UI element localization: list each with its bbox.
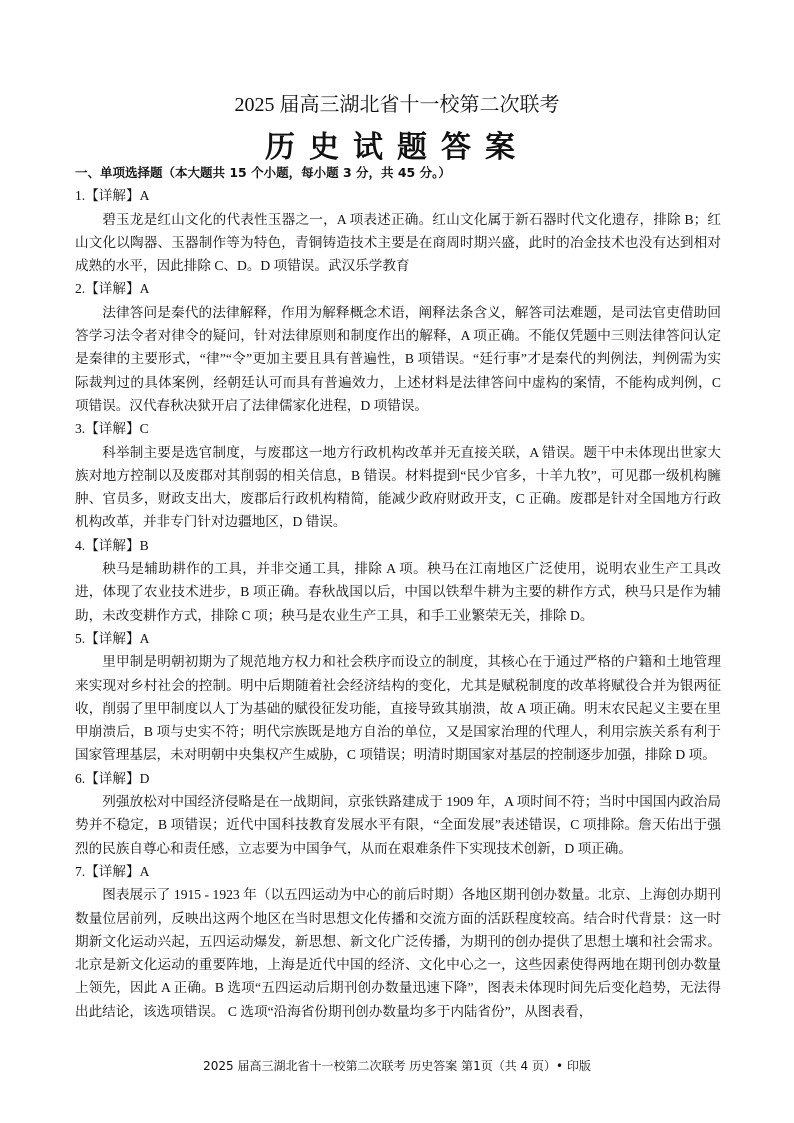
answer-sheet-page: 2025 届高三湖北省十一校第二次联考 历史试题答案 一、单项选择题（本大题共 … xyxy=(0,0,794,1123)
question-head: 4.【详解】B xyxy=(75,534,721,557)
page-title: 历史试题答案 xyxy=(0,122,794,166)
question-4: 4.【详解】B 秧马是辅助耕作的工具，并非交通工具，排除 A 项。秧马在江南地区… xyxy=(75,534,721,627)
answer-content: 一、单项选择题（本大题共 15 个小题，每小题 3 分，共 45 分。） 1.【… xyxy=(75,161,721,1023)
question-head: 1.【详解】A xyxy=(75,184,721,207)
question-2: 2.【详解】A 法律答问是秦代的法律解释，作用为解释概念术语，阐释法条含义，解答… xyxy=(75,277,721,417)
question-explanation: 图表展示了 1915 - 1923 年（以五四运动为中心的前后时期）各地区期刊创… xyxy=(75,883,721,1023)
question-head: 7.【详解】A xyxy=(75,860,721,883)
page-footer: 2025 届高三湖北省十一校第二次联考 历史答案 第1页（共 4 页）• 印版 xyxy=(0,1057,794,1074)
question-explanation: 科举制主要是选官制度，与废郡这一地方行政机构改革并无直接关联，A 错误。题干中未… xyxy=(75,441,721,534)
question-explanation: 里甲制是明朝初期为了规范地方权力和社会秩序而设立的制度，其核心在于通过严格的户籍… xyxy=(75,650,721,766)
question-head: 6.【详解】D xyxy=(75,767,721,790)
question-1: 1.【详解】A 碧玉龙是红山文化的代表性玉器之一，A 项表述正确。红山文化属于新… xyxy=(75,184,721,277)
question-3: 3.【详解】C 科举制主要是选官制度，与废郡这一地方行政机构改革并无直接关联，A… xyxy=(75,417,721,533)
question-7: 7.【详解】A 图表展示了 1915 - 1923 年（以五四运动为中心的前后时… xyxy=(75,860,721,1023)
question-head: 5.【详解】A xyxy=(75,627,721,650)
section-heading: 一、单项选择题（本大题共 15 个小题，每小题 3 分，共 45 分。） xyxy=(75,161,721,184)
question-6: 6.【详解】D 列强放松对中国经济侵略是在一战期间，京张铁路建成于 1909 年… xyxy=(75,767,721,860)
question-explanation: 秧马是辅助耕作的工具，并非交通工具，排除 A 项。秧马在江南地区广泛使用，说明农… xyxy=(75,557,721,627)
question-explanation: 碧玉龙是红山文化的代表性玉器之一，A 项表述正确。红山文化属于新石器时代文化遗存… xyxy=(75,208,721,278)
question-head: 3.【详解】C xyxy=(75,417,721,440)
question-explanation: 列强放松对中国经济侵略是在一战期间，京张铁路建成于 1909 年，A 项时间不符… xyxy=(75,790,721,860)
question-head: 2.【详解】A xyxy=(75,277,721,300)
exam-title: 2025 届高三湖北省十一校第二次联考 xyxy=(0,88,794,117)
question-5: 5.【详解】A 里甲制是明朝初期为了规范地方权力和社会秩序而设立的制度，其核心在… xyxy=(75,627,721,767)
question-explanation: 法律答问是秦代的法律解释，作用为解释概念术语，阐释法条含义，解答司法难题，是司法… xyxy=(75,301,721,417)
